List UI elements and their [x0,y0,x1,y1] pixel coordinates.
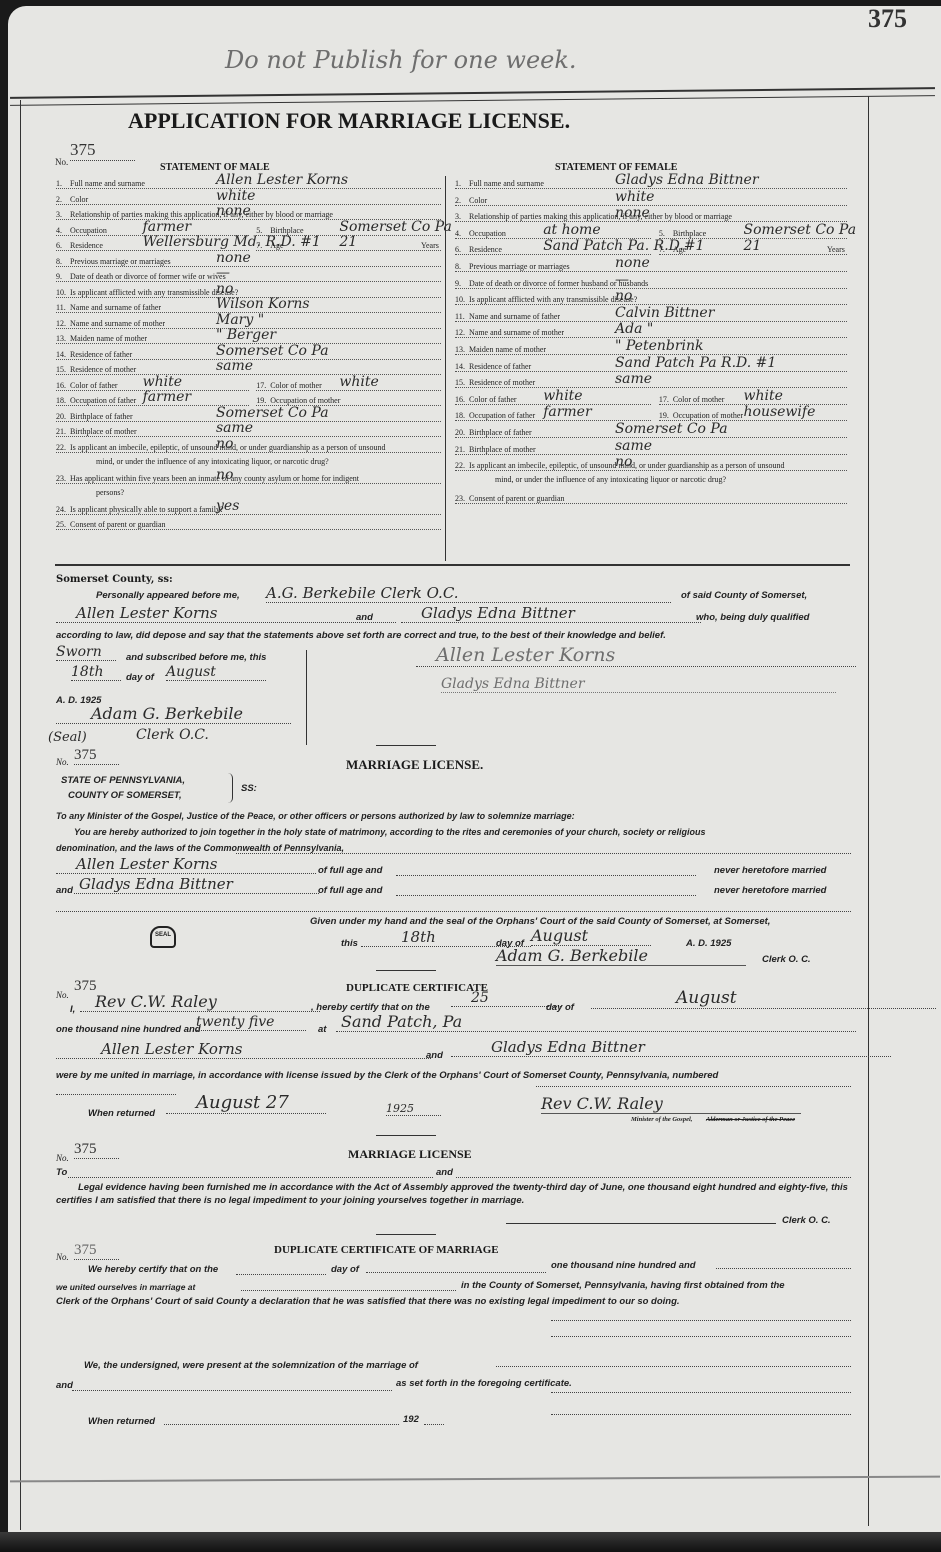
field-value: Gladys Edna Bittner [615,172,759,188]
field-number: 24. [56,505,66,514]
field-number: 23. [455,494,465,503]
field-number: 10. [56,288,66,297]
license-and: and [56,885,73,896]
dup2-as-set-forth: as set forth in the foregoing certificat… [396,1378,572,1389]
divider [376,745,436,746]
field-number: 6. [455,245,461,254]
dup-returned-year: 1925 [386,1102,441,1116]
dup-when-returned: When returned [88,1108,155,1119]
dup2-line2b: in the County of Somerset, Pennsylvania,… [461,1280,785,1291]
dup2-line1b: day of [331,1264,359,1275]
field-number: 21. [455,445,465,454]
field-label: Birthplace of mother [469,445,536,454]
field-value: Allen Lester Korns [216,172,348,188]
field-value: Somerset Co Pa [216,405,329,421]
dup-struck-title: Alderman or Justice of the Peace [706,1116,795,1123]
never-married-1: never heretofore married [714,865,826,876]
field-value: white [543,388,582,404]
field-value: none [216,250,251,266]
field-label: Birthplace of father [469,428,532,437]
field-label: Consent of parent or guardian [469,494,565,503]
field-value: Somerset Co Pa [744,222,857,238]
dotted-line [56,436,441,437]
field-number: 13. [56,334,66,343]
field-number: 21. [56,427,66,436]
seal-icon: SEAL [150,926,176,948]
dup-i: I, [70,1004,75,1015]
dup2-witness-sig-2 [551,1414,851,1415]
field-label: Color of mother [673,395,725,404]
dotted-line [455,205,847,206]
field-value: yes [216,498,239,514]
field-number: 1. [56,179,62,188]
field-label: Name and surname of mother [70,319,165,328]
field-number: 15. [455,378,465,387]
field-number: 13. [455,345,465,354]
field-row: 24.Is applicant physically able to suppo… [56,502,441,516]
license2-to: To [56,1167,67,1178]
full-age-line-1 [396,875,696,876]
field-row: 23.Consent of parent or guardian [455,491,847,505]
field-number: 8. [455,262,461,271]
field-label: Birthplace of mother [70,427,137,436]
field-value: Sand Patch Pa R.D. #1 [615,355,776,371]
field-label: Maiden name of mother [469,345,546,354]
field-label: Age [673,245,686,254]
field-row: 2.Colorwhite [455,193,847,207]
field-label: Relationship of parties making this appl… [70,210,333,219]
field-row: 16.Color of fatherwhite17.Color of mothe… [56,378,441,392]
dup2-when-returned: When returned [88,1416,155,1427]
divider [376,1234,436,1235]
affidavit-statement: according to law, did depose and say tha… [56,630,666,641]
dotted-line [455,271,847,272]
dup-officiant: Rev C.W. Raley [80,992,320,1012]
field-label: Is applicant afflicted with any transmis… [70,288,238,297]
field-number: 15. [56,365,66,374]
dotted-line [56,281,441,282]
duly-qualified: who, being duly qualified [696,612,809,623]
field-number: 16. [455,395,465,404]
license-signer: Adam G. Berkebile [496,946,746,966]
field-row: 22.Is applicant an imbecile, epileptic, … [455,458,847,472]
field-value: no [216,467,233,483]
field-value: Somerset Co Pa [216,343,329,359]
dup-sig-line-top [536,1086,851,1087]
field-number: 25. [56,520,66,529]
field-label: Color of father [70,381,118,390]
affidavit-day: 18th [71,664,121,681]
field-value: no [216,281,233,297]
license-to-line: To any Minister of the Gospel, Justice o… [56,811,575,821]
field-value: same [615,371,652,387]
dup-united: were by me united in marriage, in accord… [56,1070,718,1081]
license-no-value: 375 [74,747,119,765]
field-label: Occupation of father [70,396,136,405]
license2-body: Legal evidence having been furnished me … [56,1181,851,1207]
divider [376,970,436,971]
field-label: Residence of mother [469,378,535,387]
app-no-value: 375 [70,140,135,161]
dup2-no-label: No. [56,1252,69,1262]
field-label: Color [70,195,88,204]
field-value: white [143,374,182,390]
page-edge-shadow [0,1532,941,1552]
field-value: farmer [143,219,191,235]
license-female-name: Gladys Edna Bittner [74,875,319,894]
field-number: 22. [56,443,66,452]
appeared-label: Personally appeared before me, [96,590,240,601]
denomination-line [236,853,851,854]
license-denomination: denomination, and the laws of the Common… [56,843,344,853]
field-number: 16. [56,381,66,390]
field-value: Wellersburg Md. R.D. #1 [143,234,321,250]
dotted-line [455,503,847,504]
license-given-section: SEAL Given under my hand and the seal of… [56,910,856,970]
never-married-2: never heretofore married [714,885,826,896]
dup-and: and [426,1050,443,1061]
field-label-continued: mind, or under the influence of any into… [96,457,329,466]
field-row: 9.Date of death or divorce of former hus… [455,276,847,290]
field-number: 9. [56,272,62,281]
dup2-line1c: one thousand nine hundred and [551,1260,696,1271]
seal-word: (Seal) [48,730,87,745]
dup2-year: 192 [403,1414,419,1425]
dup2-line3: Clerk of the Orphans' Court of said Coun… [56,1296,680,1307]
license2-and: and [436,1167,453,1178]
field-value: white [615,189,654,205]
dotted-line [56,483,441,484]
license-brace [228,773,233,803]
app-no-label: No. [55,157,68,167]
dotted-line [455,454,847,455]
field-label: Occupation [469,229,506,238]
field-label: Has applicant within five years been an … [70,474,359,483]
affidavit-day-of: day of [126,672,154,683]
field-row: 8.Previous marriage or marriagesnone [455,259,847,273]
duplicate-certificate-section: No. 375 DUPLICATE CERTIFICATE I, Rev C.W… [56,970,856,1145]
field-label: Color of father [469,395,517,404]
field-label: Residence of mother [70,365,136,374]
field-value: same [216,358,253,374]
field-number: 7. [256,241,262,250]
field-number: 3. [56,210,62,219]
field-label: Occupation of mother [673,411,743,420]
field-label: Color of mother [270,381,322,390]
field-label: Age [270,241,283,250]
field-label: Full name and surname [469,179,544,188]
field-label: Previous marriage or marriages [70,257,171,266]
field-value: none [216,203,251,219]
license-ss: SS: [241,783,257,794]
license-no-label: No. [56,757,69,767]
section-rule [55,564,850,566]
field-row: 9.Date of death or divorce of former wif… [56,269,441,283]
dup2-and: and [56,1380,73,1391]
field-label: Color [469,196,487,205]
dup2-line2a: we united ourselves in marriage at [56,1282,195,1292]
field-number: 4. [455,229,461,238]
field-number: 2. [455,196,461,205]
field-value: farmer [543,404,591,420]
divider [376,1135,436,1136]
field-number: 9. [455,279,461,288]
field-value: same [615,438,652,454]
dup2-no-value: 375 [74,1242,119,1260]
field-value: Mary " [216,312,264,328]
field-value: — [216,265,230,281]
dup2-return-line [164,1424,399,1425]
left-margin-line [20,100,21,1530]
field-label: Occupation of father [469,411,535,420]
field-value: at home [543,222,600,238]
field-number: 22. [455,461,465,470]
affidavit-signer: Adam G. Berkebile [56,704,291,724]
dup2-place-line [241,1290,456,1291]
license2-and-line [456,1177,851,1178]
field-value: white [339,374,378,390]
dotted-line [56,452,441,453]
field-value: — [615,272,629,288]
field-value: Somerset Co Pa [339,219,452,235]
column-divider [445,176,446,561]
field-number: 11. [56,303,66,312]
male-statement: 1.Full name and surnameAllen Lester Korn… [56,176,441,566]
dotted-line [455,470,847,471]
license2-title: MARRIAGE LICENSE [348,1147,472,1162]
dotted-line [56,529,441,530]
field-value: Ada " [615,321,653,337]
dotted-line [56,374,441,375]
field-value: white [744,388,783,404]
dotted-line [455,387,847,388]
field-suffix: Years [421,241,439,250]
dup2-title: DUPLICATE CERTIFICATE OF MARRIAGE [274,1244,499,1256]
field-label: Date of death or divorce of former wife … [70,272,226,281]
page-number: 375 [868,4,907,34]
field-label: Residence of father [70,350,132,359]
affidavit-female-name: Gladys Edna Bittner [401,604,701,623]
dup-place: Sand Patch, Pa [336,1012,856,1032]
field-number: 14. [455,362,465,371]
field-number: 10. [455,295,465,304]
field-label: Full name and surname [70,179,145,188]
affidavit-male-name: Allen Lester Korns [56,604,396,623]
dotted-line [659,254,847,255]
license-clerk: Clerk O. C. [762,954,811,965]
field-row: 22.Is applicant an imbecile, epileptic, … [56,440,441,454]
dup-returned-date: August 27 [166,1092,326,1114]
license-state: STATE OF PENNSYLVANIA, [61,775,185,786]
field-number: 20. [455,428,465,437]
dup-at: at [318,1024,326,1035]
field-number: 18. [455,411,465,420]
dup-minister-title: Minister of the Gospel, [631,1116,692,1123]
field-number: 17. [659,395,669,404]
field-number: 6. [56,241,62,250]
field-value: housewife [744,404,816,420]
field-value: Wilson Korns [216,296,310,312]
field-number: 1. [455,179,461,188]
subscribed-label: and subscribed before me, this [126,652,266,663]
field-label-continued: persons? [96,488,124,497]
dup2-year-line [716,1268,851,1269]
field-value: " Petenbrink [615,338,704,354]
field-row: 15.Residence of mothersame [455,375,847,389]
field-number: 2. [56,195,62,204]
dotted-line [256,390,441,391]
field-label: Occupation [70,226,107,235]
field-label: Residence [469,245,502,254]
field-value: white [216,188,255,204]
sworn-text: Sworn [56,644,116,661]
field-label: Consent of parent or guardian [70,520,166,529]
field-value: none [615,205,650,221]
field-value: no [615,454,632,470]
field-number: 11. [455,312,465,321]
dotted-line [56,266,441,267]
field-label: Name and surname of father [469,312,560,321]
field-label: Name and surname of mother [469,328,564,337]
full-age-line-2 [396,895,696,896]
field-value: Somerset Co Pa [615,421,728,437]
field-number: 3. [455,212,461,221]
affidavit-section: Somerset County, ss: Personally appeared… [56,570,856,750]
field-number: 19. [659,411,669,420]
field-row: 21.Birthplace of mothersame [56,424,441,438]
field-number: 4. [56,226,62,235]
field-value: Calvin Bittner [615,305,714,321]
dup-male-name: Allen Lester Korns [56,1040,431,1059]
field-label: Residence [70,241,103,250]
license-county: COUNTY OF SOMERSET, [68,790,182,801]
license-month: August [531,926,651,946]
affidavit-and: and [356,612,373,623]
field-suffix: Years [827,245,845,254]
field-value: no [216,436,233,452]
right-margin-line [868,96,869,1526]
dotted-line [56,514,441,515]
field-value: no [615,288,632,304]
full-age-1: of full age and [318,865,382,876]
dup2-witness-line [496,1366,851,1367]
signer-title: Clerk O.C. [136,727,209,743]
field-label: Previous marriage or marriages [469,262,570,271]
affidavit-clerk-name: A.G. Berkebile Clerk O.C. [266,584,671,603]
field-number: 12. [455,328,465,337]
dup2-witness: We, the undersigned, were present at the… [84,1360,418,1371]
field-row: 6.ResidenceSand Patch Pa. R.D.#17.Age21Y… [455,242,847,256]
dup2-sig-line-2 [551,1336,851,1337]
license2-to-line [68,1177,433,1178]
field-value: 21 [339,234,357,250]
dup2-and-line [72,1390,392,1391]
field-label: Relationship of parties making this appl… [469,212,732,221]
marriage-license-section: No. 375 MARRIAGE LICENSE. STATE OF PENNS… [56,745,856,915]
dup-year-words: twenty five [196,1014,306,1031]
dup2-month-line [366,1272,546,1273]
sworn-bracket [306,650,307,745]
marriage-license-2-section: No. 375 MARRIAGE LICENSE To and Legal ev… [56,1135,856,1235]
dup-female-name: Gladys Edna Bittner [451,1038,891,1057]
dup-day: 25 [451,990,561,1007]
dup2-line1a: We hereby certify that on the [88,1264,218,1275]
field-label: Residence of father [469,362,531,371]
license-male-name: Allen Lester Korns [56,855,316,874]
field-row: 25.Consent of parent or guardian [56,517,441,531]
of-county: of said County of Somerset, [681,590,807,601]
field-number: 5. [659,229,665,238]
field-value: same [216,420,253,436]
license2-no-label: No. [56,1153,69,1163]
field-number: 14. [56,350,66,359]
field-number: 20. [56,412,66,421]
field-label: Maiden name of mother [70,334,147,343]
dup-no-label: No. [56,990,69,1000]
field-row: 8.Previous marriage or marriagesnone [56,254,441,268]
field-row: 23.Has applicant within five years been … [56,471,441,485]
application-title: APPLICATION FOR MARRIAGE LICENSE. [128,108,570,134]
license2-no-value: 375 [74,1141,119,1159]
dotted-line [455,288,847,289]
license2-clerk-line [506,1223,776,1224]
signature-female: Gladys Edna Bittner [441,676,836,693]
field-row: 21.Birthplace of mothersame [455,442,847,456]
dup2-year-line [424,1424,444,1425]
license-this: this [341,938,358,949]
signature-male: Allen Lester Korns [416,644,856,667]
field-value: farmer [143,389,191,405]
dup-year-prefix: one thousand nine hundred and [56,1024,201,1035]
field-number: 12. [56,319,66,328]
field-label: Is applicant physically able to support … [70,505,224,514]
dup2-day-line [236,1274,326,1275]
dotted-line [256,250,441,251]
field-number: 8. [56,257,62,266]
dup2-sig-line-1 [551,1320,851,1321]
affidavit-month: August [166,664,266,681]
field-label: Birthplace of father [70,412,133,421]
field-value: " Berger [216,327,276,343]
license-title: MARRIAGE LICENSE. [346,757,483,773]
field-label: Is applicant afflicted with any transmis… [469,295,637,304]
full-age-2: of full age and [318,885,382,896]
header-note: Do not Publish for one week. [225,46,577,74]
field-number: 7. [659,245,665,254]
field-label: Birthplace [673,229,706,238]
field-label-continued: mind, or under the influence of any into… [495,475,726,484]
female-statement: 1.Full name and surnameGladys Edna Bittn… [455,176,847,566]
dup-month: August [591,988,936,1009]
field-label: Name and surname of father [70,303,161,312]
license2-clerk: Clerk O. C. [782,1215,831,1226]
field-number: 17. [256,381,266,390]
field-value: 21 [744,238,762,254]
dup-minister-signature: Rev C.W. Raley [541,1094,801,1114]
dup-number-line [56,1094,176,1095]
dup2-witness-sig-1 [551,1392,851,1393]
duplicate-certificate-of-marriage-section: No. 375 DUPLICATE CERTIFICATE OF MARRIAG… [56,1234,856,1434]
field-number: 18. [56,396,66,405]
field-number: 23. [56,474,66,483]
field-value: none [615,255,650,271]
affidavit-county: Somerset County, ss: [56,574,173,585]
field-row: 15.Residence of mothersame [56,362,441,376]
license-authorized: You are hereby authorized to join togeth… [74,827,705,837]
